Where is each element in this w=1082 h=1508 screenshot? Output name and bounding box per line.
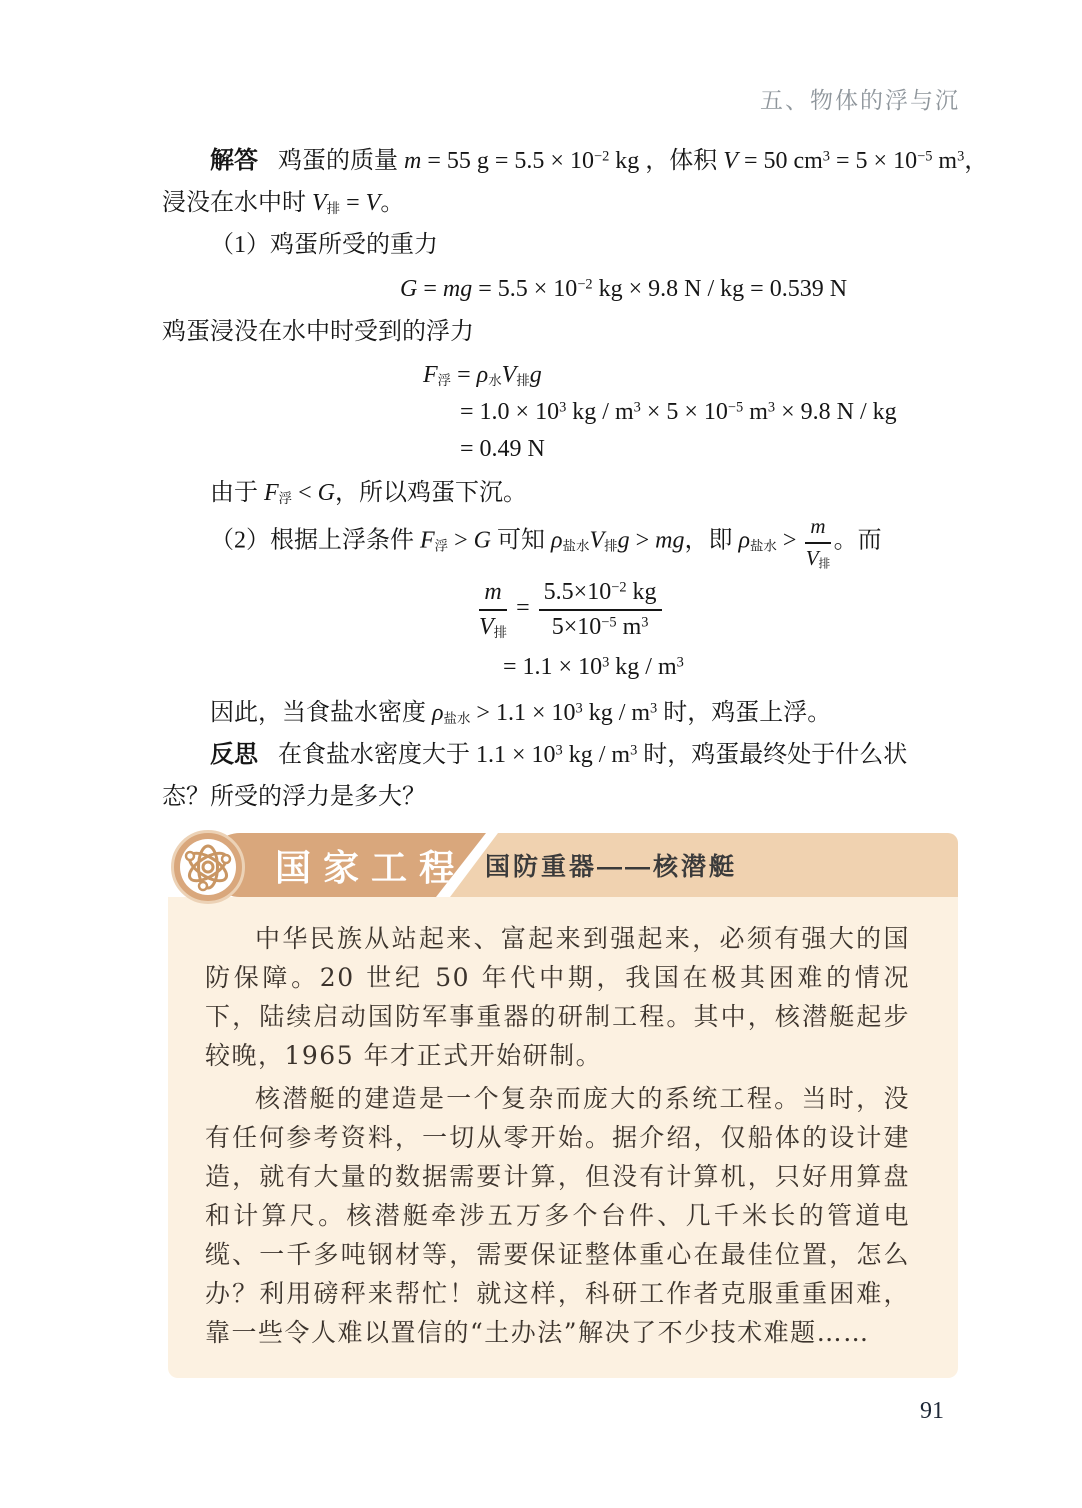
national-project-badge: 国家工程 bbox=[208, 833, 486, 897]
equation-ratio-2: = 1.1 × 103 kg / m3 bbox=[503, 649, 1042, 686]
reflect-text: 在食盐水密度大于 1.1 × 103 kg / m3 时，鸡蛋最终处于什么状 bbox=[278, 742, 907, 768]
reflect-line: 反思在食盐水密度大于 1.1 × 103 kg / m3 时，鸡蛋最终处于什么状 bbox=[162, 734, 1042, 776]
equation-ratio-1: mV排 = 5.5×10−2 kg5×10−5 m3 bbox=[476, 578, 1042, 641]
solution-section: 解答鸡蛋的质量 m = 55 g = 5.5 × 10−2 kg ，体积 V =… bbox=[162, 140, 1042, 818]
solution-text: 鸡蛋的质量 m = 55 g = 5.5 × 10−2 kg ，体积 V = 5… bbox=[278, 148, 988, 174]
sink-conclusion-line: 由于 F浮 < G，所以鸡蛋下沉。 bbox=[162, 472, 1042, 514]
running-head: 五、物体的浮与沉 bbox=[0, 82, 960, 115]
feature-paragraph-1: 中华民族从站起来、富起来到强起来，必须有强大的国防保障。20 世纪 50 年代中… bbox=[205, 919, 910, 1075]
atom-icon bbox=[170, 829, 246, 905]
feature-paragraph-2: 核潜艇的建造是一个复杂而庞大的系统工程。当时，没有任何参考资料，一切从零开始。据… bbox=[205, 1079, 910, 1352]
reflect-line-2: 态？所受的浮力是多大？ bbox=[162, 776, 1042, 818]
float-conclusion-line: 因此，当食盐水密度 ρ盐水 > 1.1 × 103 kg / m3 时，鸡蛋上浮… bbox=[162, 692, 1042, 734]
feature-box-header: 国家工程 国防重器——核潜艇 bbox=[168, 833, 958, 897]
solution-line: 解答鸡蛋的质量 m = 55 g = 5.5 × 10−2 kg ，体积 V =… bbox=[162, 140, 1042, 182]
feature-box: 国家工程 国防重器——核潜艇 bbox=[168, 833, 958, 1378]
solution-line: 浸没在水中时 V排 = V。 bbox=[162, 182, 1042, 224]
reflect-label: 反思 bbox=[210, 741, 258, 768]
item2-line: （2）根据上浮条件 F浮 > G 可知 ρ盐水V排g > mg，即 ρ盐水 > … bbox=[162, 514, 1042, 570]
feature-box-titlebar: 国防重器——核潜艇 bbox=[450, 833, 958, 897]
equation-buoyancy-3: = 0.49 N bbox=[460, 431, 1042, 468]
page-number: 91 bbox=[920, 1398, 944, 1425]
badge-label: 国家工程 bbox=[208, 840, 467, 891]
feature-box-body: 中华民族从站起来、富起来到强起来，必须有强大的国防保障。20 世纪 50 年代中… bbox=[168, 897, 958, 1378]
equation-buoyancy-1: F浮 = ρ水V排g bbox=[423, 357, 1042, 394]
answer-label: 解答 bbox=[210, 147, 258, 174]
textbook-page: 五、物体的浮与沉 解答鸡蛋的质量 m = 55 g = 5.5 × 10−2 k… bbox=[0, 0, 1082, 1508]
feature-box-title: 国防重器——核潜艇 bbox=[450, 847, 737, 883]
equation-buoyancy-2: = 1.0 × 103 kg / m3 × 5 × 10−5 m3 × 9.8 … bbox=[460, 394, 1042, 431]
item1-heading: （1）鸡蛋所受的重力 bbox=[162, 224, 1042, 266]
buoyancy-heading: 鸡蛋浸没在水中时受到的浮力 bbox=[162, 311, 1042, 353]
equation-gravity: G = mg = 5.5 × 10−2 kg × 9.8 N / kg = 0.… bbox=[400, 271, 1042, 308]
